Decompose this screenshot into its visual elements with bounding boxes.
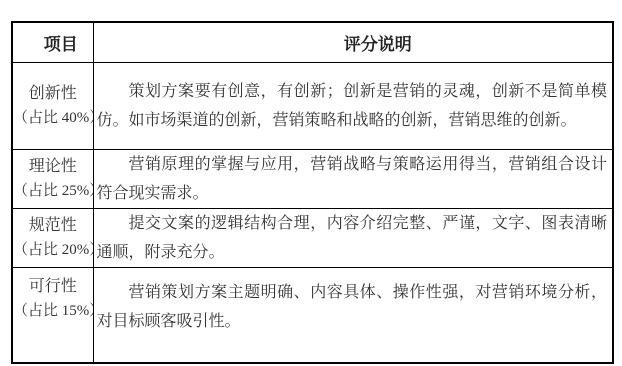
criterion-name: 规范性 — [13, 213, 93, 238]
criterion-weight: （占比 40%） — [13, 106, 93, 131]
criterion-cell: 可行性 （占比 15%） — [12, 268, 93, 364]
table-row-feasibility: 可行性 （占比 15%） 营销策划方案主题明确、内容具体、操作性强，对营销环境分… — [12, 268, 613, 364]
description-cell: 营销原理的掌握与应用，营销战略与策略运用得当，营销组合设计符合现实需求。 — [93, 150, 613, 209]
criterion-cell: 创新性 （占比 40%） — [12, 63, 93, 150]
description-cell: 提交文案的逻辑结构合理，内容介绍完整、严谨，文字、图表清晰通顺，附录充分。 — [93, 209, 613, 268]
scoring-rubric-table: 项目 评分说明 创新性 （占比 40%） 策划方案要有创意，有创新；创新是营销的… — [11, 21, 614, 364]
table-row-innovation: 创新性 （占比 40%） 策划方案要有创意，有创新；创新是营销的灵魂，创新不是简… — [12, 63, 613, 150]
criterion-description: 提交文案的逻辑结构合理，内容介绍完整、严谨，文字、图表清晰通顺，附录充分。 — [97, 209, 608, 267]
criterion-description: 策划方案要有创意，有创新；创新是营销的灵魂，创新不是简单模仿。如市场渠道的创新，… — [97, 77, 608, 135]
criterion-weight: （占比 25%） — [13, 179, 93, 204]
column-header-description: 评分说明 — [93, 22, 613, 63]
table-row-standardization: 规范性 （占比 20%） 提交文案的逻辑结构合理，内容介绍完整、严谨，文字、图表… — [12, 209, 613, 268]
description-cell: 营销策划方案主题明确、内容具体、操作性强，对营销环境分析，对目标顾客吸引性。 — [93, 268, 613, 364]
criterion-cell: 规范性 （占比 20%） — [12, 209, 93, 268]
criterion-name: 理论性 — [13, 154, 93, 179]
criterion-description: 营销策划方案主题明确、内容具体、操作性强，对营销环境分析，对目标顾客吸引性。 — [97, 278, 608, 336]
criterion-weight: （占比 20%） — [13, 238, 93, 263]
criterion-weight: （占比 15%） — [13, 299, 93, 324]
criterion-cell: 理论性 （占比 25%） — [12, 150, 93, 209]
criterion-name: 创新性 — [13, 81, 93, 106]
criterion-name: 可行性 — [13, 274, 93, 299]
criterion-description: 营销原理的掌握与应用，营销战略与策略运用得当，营销组合设计符合现实需求。 — [97, 150, 608, 208]
column-header-item: 项目 — [12, 22, 93, 63]
table-row-theory: 理论性 （占比 25%） 营销原理的掌握与应用，营销战略与策略运用得当，营销组合… — [12, 150, 613, 209]
document-page: 项目 评分说明 创新性 （占比 40%） 策划方案要有创意，有创新；创新是营销的… — [0, 0, 622, 366]
table-header-row: 项目 评分说明 — [12, 22, 613, 63]
description-cell: 策划方案要有创意，有创新；创新是营销的灵魂，创新不是简单模仿。如市场渠道的创新，… — [93, 63, 613, 150]
